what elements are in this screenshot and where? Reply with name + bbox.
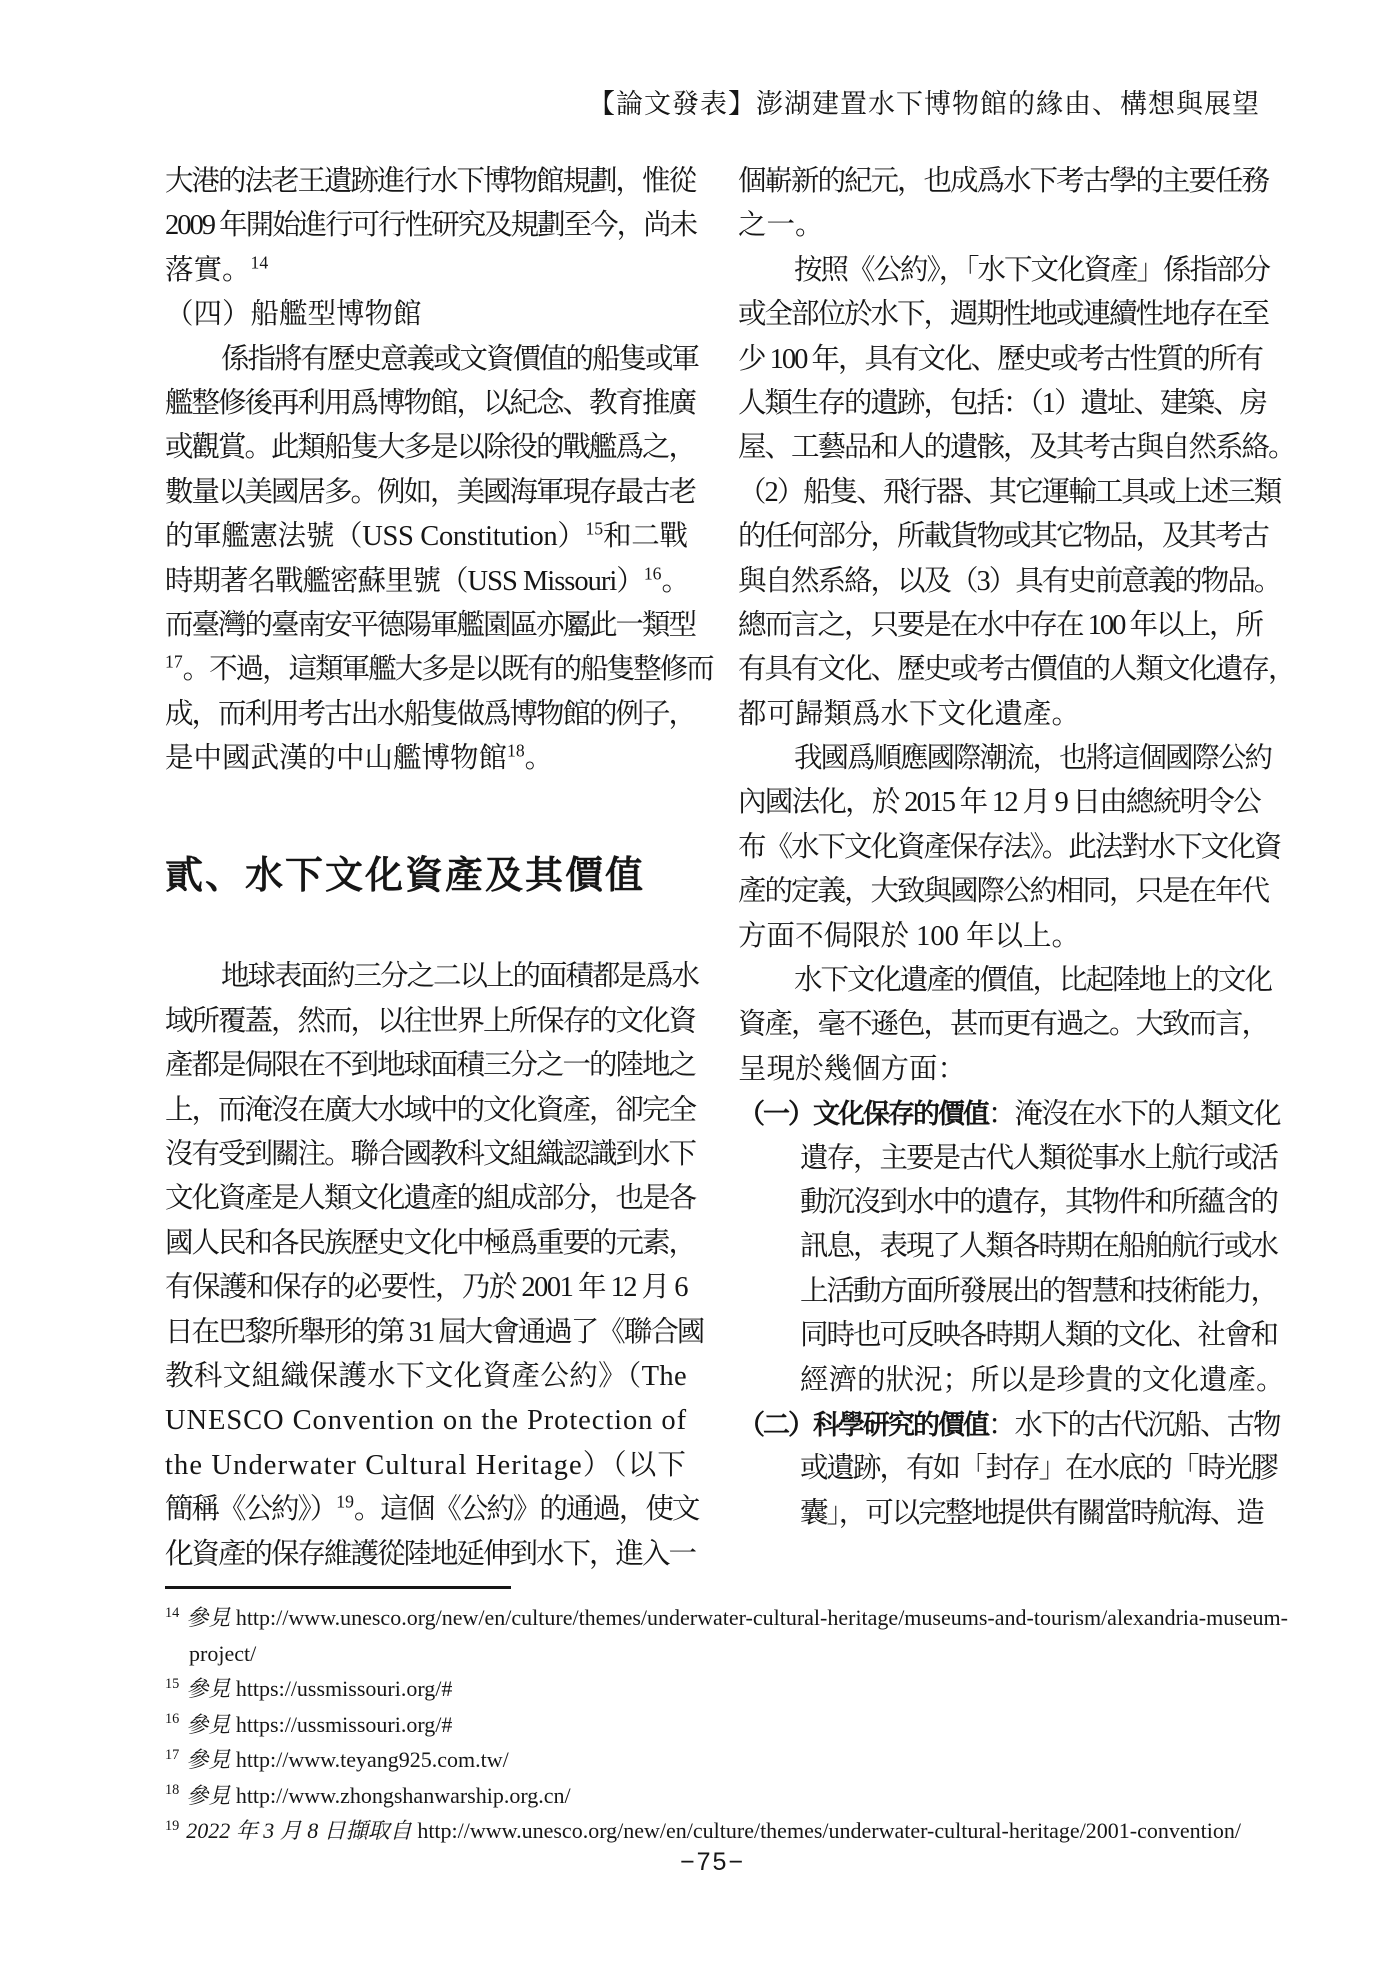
text-line: 遺存，主要是古代人類從事水上航行或活 xyxy=(738,1137,1260,1181)
item-label: （二）科學研究的價值 xyxy=(738,1410,988,1440)
text-run: 上活動方面所發展出的智慧和技術能力， xyxy=(800,1276,1277,1307)
text-line: 化資產的保存維護從陸地延伸到水下，進入一 xyxy=(165,1533,687,1577)
text-line: 方面不侷限於 100 年以上。 xyxy=(738,915,1260,959)
footnote-url: https://ussmissouri.org/# xyxy=(236,1676,453,1701)
footnote-ref: 17 xyxy=(165,652,183,672)
text-line: the Underwater Cultural Heritage）（以下 xyxy=(165,1444,687,1488)
text-run: ：淹沒在水下的人類文化 xyxy=(988,1099,1280,1130)
text-run: 的軍艦憲法號（USS Constitution） xyxy=(165,521,585,552)
text-line: 我國爲順應國際潮流，也將這個國際公約 xyxy=(738,737,1260,781)
footnote-ref: 19 xyxy=(336,1492,354,1512)
footnote-line: 17參見 http://www.teyang925.com.tw/ xyxy=(165,1742,1265,1778)
text-run: 同時也可反映各時期人類的文化、社會和 xyxy=(800,1320,1277,1351)
footnote-number: 15 xyxy=(165,1676,179,1692)
footnote-url: http://www.unesco.org/new/en/culture/the… xyxy=(236,1605,1288,1630)
text-line: （四）船艦型博物館 xyxy=(165,293,687,337)
text-line: 人類生存的遺跡，包括：（1）遺址、建築、房 xyxy=(738,382,1260,426)
footnote-label: 參見 xyxy=(186,1676,236,1701)
footnote-label: 參見 xyxy=(186,1712,236,1737)
text-run: 係指將有歷史意義或文資價值的船隻或軍 xyxy=(221,344,698,375)
footnote-label: 參見 xyxy=(186,1747,236,1772)
footnote-line: 18參見 http://www.zhongshanwarship.org.cn/ xyxy=(165,1778,1265,1814)
text-line: UNESCO Convention on the Protection of xyxy=(165,1399,687,1443)
text-line: 是中國武漢的中山艦博物館18。 xyxy=(165,737,687,781)
footnotes: 14參見 http://www.unesco.org/new/en/cultur… xyxy=(165,1600,1265,1849)
text-run: 訊息，表現了人類各時期在船舶航行或水 xyxy=(800,1231,1277,1262)
text-run: 教科文組織保護水下文化資產公約》（The xyxy=(165,1361,687,1392)
footnote-label: 2022 年 3 月 8 日擷取自 xyxy=(186,1818,417,1843)
text-line: 艦整修後再利用爲博物館，以紀念、教育推廣 xyxy=(165,382,687,426)
text-line: 呈現於幾個方面： xyxy=(738,1048,1260,1092)
text-run: 按照《公約》，「水下文化資產」係指部分 xyxy=(794,255,1269,286)
text-line: 按照《公約》，「水下文化資產」係指部分 xyxy=(738,249,1260,293)
text-line: 2009 年開始進行可行性研究及規劃至今，尚未 xyxy=(165,204,687,248)
text-run: 域所覆蓋，然而，以往世界上所保存的文化資 xyxy=(165,1006,695,1037)
text-run: （四）船艦型博物館 xyxy=(165,299,422,330)
text-line: 訊息，表現了人類各時期在船舶航行或水 xyxy=(738,1225,1260,1269)
left-column: 大港的法老王遺跡進行水下博物館規劃，惟從2009 年開始進行可行性研究及規劃至今… xyxy=(165,160,687,1577)
text-line: 有保護和保存的必要性，乃於 2001 年 12 月 6 xyxy=(165,1266,687,1310)
text-run: 資產，毫不遜色，甚而更有過之。大致而言， xyxy=(738,1009,1268,1040)
text-line: 數量以美國居多。例如，美國海軍現存最古老 xyxy=(165,471,687,515)
footnote-number: 19 xyxy=(165,1818,179,1834)
text-run: 。 xyxy=(525,743,554,774)
text-line: （2）船隻、飛行器、其它運輸工具或上述三類 xyxy=(738,471,1260,515)
footnote-label: 參見 xyxy=(186,1783,236,1808)
text-run: 大港的法老王遺跡進行水下博物館規劃，惟從 xyxy=(165,166,695,197)
text-line: 產的定義，大致與國際公約相同，只是在年代 xyxy=(738,870,1260,914)
text-run: 上，而淹沒在廣大水域中的文化資產，卻完全 xyxy=(165,1095,695,1126)
footnote-url: http://www.teyang925.com.tw/ xyxy=(236,1747,509,1772)
text-line: 總而言之，只要是在水中存在 100 年以上，所 xyxy=(738,604,1260,648)
text-run: 屋、工藝品和人的遺骸，及其考古與自然系絡。 xyxy=(738,432,1295,463)
footnote-line: 14參見 http://www.unesco.org/new/en/cultur… xyxy=(165,1600,1265,1636)
text-run: 少 100 年，具有文化、歷史或考古性質的所有 xyxy=(738,344,1262,375)
text-line: 時期著名戰艦密蘇里號（USS Missouri）16。 xyxy=(165,560,687,604)
text-run: 2009 年開始進行可行性研究及規劃至今，尚未 xyxy=(165,210,696,241)
text-run: 內國法化，於 2015 年 12 月 9 日由總統明令公 xyxy=(738,787,1260,818)
text-run: 化資產的保存維護從陸地延伸到水下，進入一 xyxy=(165,1539,695,1570)
text-line: 日在巴黎所舉形的第 31 屆大會通過了《聯合國 xyxy=(165,1311,687,1355)
text-line: 文化資產是人類文化遺產的組成部分，也是各 xyxy=(165,1177,687,1221)
text-line: 資產，毫不遜色，甚而更有過之。大致而言， xyxy=(738,1003,1260,1047)
text-line: 或全部位於水下，週期性地或連續性地存在至 xyxy=(738,293,1260,337)
text-run: 國人民和各民族歷史文化中極爲重要的元素， xyxy=(165,1228,695,1259)
text-line: 內國法化，於 2015 年 12 月 9 日由總統明令公 xyxy=(738,781,1260,825)
footnote-line: 192022 年 3 月 8 日擷取自 http://www.unesco.or… xyxy=(165,1813,1265,1849)
text-line: 而臺灣的臺南安平德陽軍艦園區亦屬此一類型 xyxy=(165,604,687,648)
text-line: 個嶄新的紀元，也成爲水下考古學的主要任務 xyxy=(738,160,1260,204)
text-run: 數量以美國居多。例如，美國海軍現存最古老 xyxy=(165,477,695,508)
text-line: 之一。 xyxy=(738,204,1260,248)
footnote-label: 參見 xyxy=(186,1605,236,1630)
text-run: 或觀賞。此類船隻大多是以除役的戰艦爲之， xyxy=(165,432,695,463)
text-line: 有具有文化、歷史或考古價值的人類文化遺存， xyxy=(738,648,1260,692)
footnote-number: 18 xyxy=(165,1782,179,1798)
text-run: 文化資產是人類文化遺產的組成部分，也是各 xyxy=(165,1183,695,1214)
item-label: （一）文化保存的價值 xyxy=(738,1099,988,1129)
text-line: 少 100 年，具有文化、歷史或考古性質的所有 xyxy=(738,338,1260,382)
text-line: 或遺跡，有如「封存」在水底的「時光膠 xyxy=(738,1447,1260,1491)
footnote-url: http://www.zhongshanwarship.org.cn/ xyxy=(236,1783,571,1808)
text-line: 沒有受到關注。聯合國教科文組織認識到水下 xyxy=(165,1133,687,1177)
text-line: 域所覆蓋，然而，以往世界上所保存的文化資 xyxy=(165,1000,687,1044)
text-run: 地球表面約三分之二以上的面積都是爲水 xyxy=(221,961,698,992)
text-run: 動沉沒到水中的遺存，其物件和所蘊含的 xyxy=(800,1187,1277,1218)
text-line: 布《水下文化資產保存法》。此法對水下文化資 xyxy=(738,826,1260,870)
text-line: 水下文化遺產的價值，比起陸地上的文化 xyxy=(738,959,1260,1003)
page-header-title: 【論文發表】澎湖建置水下博物館的緣由、構想與展望 xyxy=(588,89,1260,119)
text-line: 的軍艦憲法號（USS Constitution）15和二戰 xyxy=(165,515,687,559)
text-run: 落實。 xyxy=(165,255,251,286)
footnote-number: 16 xyxy=(165,1711,179,1727)
footnote-url: https://ussmissouri.org/# xyxy=(236,1712,453,1737)
text-line: 動沉沒到水中的遺存，其物件和所蘊含的 xyxy=(738,1181,1260,1225)
text-run: 布《水下文化資產保存法》。此法對水下文化資 xyxy=(738,832,1280,863)
text-run: 成，而利用考古出水船隻做爲博物館的例子， xyxy=(165,699,695,730)
text-line: 的任何部分，所載貨物或其它物品，及其考古 xyxy=(738,515,1260,559)
text-line: 簡稱《公約》）19。這個《公約》的通過，使文 xyxy=(165,1488,687,1532)
text-line: 落實。14 xyxy=(165,249,687,293)
text-line: 上活動方面所發展出的智慧和技術能力， xyxy=(738,1270,1260,1314)
text-run: 遺存，主要是古代人類從事水上航行或活 xyxy=(800,1143,1277,1174)
document-page: 【論文發表】澎湖建置水下博物館的緣由、構想與展望 大港的法老王遺跡進行水下博物館… xyxy=(0,0,1400,1980)
text-run: 時期著名戰艦密蘇里號（USS Missouri） xyxy=(165,566,644,597)
text-run: 囊」，可以完整地提供有關當時航海、造 xyxy=(800,1498,1263,1529)
footnote-line: project/ xyxy=(165,1636,1265,1672)
text-run: 人類生存的遺跡，包括：（1）遺址、建築、房 xyxy=(738,388,1266,419)
text-line: 大港的法老王遺跡進行水下博物館規劃，惟從 xyxy=(165,160,687,204)
text-line: （一）文化保存的價值：淹沒在水下的人類文化 xyxy=(738,1092,1260,1136)
text-run: 產都是侷限在不到地球面積三分之一的陸地之 xyxy=(165,1050,695,1081)
footnote-number: 14 xyxy=(165,1605,179,1621)
text-run: （2）船隻、飛行器、其它運輸工具或上述三類 xyxy=(738,477,1280,508)
footnote-number: 17 xyxy=(165,1747,179,1763)
text-run: 有具有文化、歷史或考古價值的人類文化遺存， xyxy=(738,654,1295,685)
text-run: 。這個《公約》的通過，使文 xyxy=(354,1494,699,1525)
text-run: 而臺灣的臺南安平德陽軍艦園區亦屬此一類型 xyxy=(165,610,695,641)
text-line: 同時也可反映各時期人類的文化、社會和 xyxy=(738,1314,1260,1358)
page-header: 【論文發表】澎湖建置水下博物館的緣由、構想與展望 xyxy=(165,82,1260,121)
text-run: 沒有受到關注。聯合國教科文組織認識到水下 xyxy=(165,1139,695,1170)
text-run: 我國爲順應國際潮流，也將這個國際公約 xyxy=(794,743,1271,774)
text-run: 都可歸類爲水下文化遺產。 xyxy=(738,699,1080,730)
text-line: 國人民和各民族歷史文化中極爲重要的元素， xyxy=(165,1222,687,1266)
text-run: ：水下的古代沉船、古物 xyxy=(988,1410,1280,1441)
text-run: 日在巴黎所舉形的第 31 屆大會通過了《聯合國 xyxy=(165,1317,703,1348)
text-line: 或觀賞。此類船隻大多是以除役的戰艦爲之， xyxy=(165,426,687,470)
text-run: 或全部位於水下，週期性地或連續性地存在至 xyxy=(738,299,1268,330)
text-line: 囊」，可以完整地提供有關當時航海、造 xyxy=(738,1492,1260,1536)
text-line: 教科文組織保護水下文化資產公約》（The xyxy=(165,1355,687,1399)
text-run: 是中國武漢的中山艦博物館 xyxy=(165,743,507,774)
text-run: 總而言之，只要是在水中存在 100 年以上，所 xyxy=(738,610,1262,641)
text-line: 屋、工藝品和人的遺骸，及其考古與自然系絡。 xyxy=(738,426,1260,470)
text-run: 或遺跡，有如「封存」在水底的「時光膠 xyxy=(800,1453,1277,1484)
footnote-url: project/ xyxy=(189,1641,256,1666)
footnote-ref: 14 xyxy=(251,252,269,272)
text-run: 之一。 xyxy=(738,210,824,241)
text-line: 17。不過，這類軍艦大多是以既有的船隻整修而 xyxy=(165,648,687,692)
text-run: 簡稱《公約》） xyxy=(165,1494,336,1525)
text-line: 成，而利用考古出水船隻做爲博物館的例子， xyxy=(165,693,687,737)
footnote-ref: 16 xyxy=(644,563,662,583)
text-run: 。 xyxy=(661,566,689,597)
text-line: 係指將有歷史意義或文資價值的船隻或軍 xyxy=(165,338,687,382)
right-column: 個嶄新的紀元，也成爲水下考古學的主要任務之一。按照《公約》，「水下文化資產」係指… xyxy=(738,160,1260,1536)
text-line: 與自然系絡，以及（3）具有史前意義的物品。 xyxy=(738,560,1260,604)
text-run: 經濟的狀況；所以是珍貴的文化遺產。 xyxy=(800,1365,1285,1396)
footnote-ref: 18 xyxy=(507,741,525,761)
footnote-line: 15參見 https://ussmissouri.org/# xyxy=(165,1671,1265,1707)
text-line: 經濟的狀況；所以是珍貴的文化遺產。 xyxy=(738,1359,1260,1403)
text-run: 產的定義，大致與國際公約相同，只是在年代 xyxy=(738,876,1268,907)
footnote-line: 16參見 https://ussmissouri.org/# xyxy=(165,1707,1265,1743)
text-run: 與自然系絡，以及（3）具有史前意義的物品。 xyxy=(738,566,1280,597)
text-line: 上，而淹沒在廣大水域中的文化資產，卻完全 xyxy=(165,1089,687,1133)
text-line: 產都是侷限在不到地球面積三分之一的陸地之 xyxy=(165,1044,687,1088)
text-run: 呈現於幾個方面： xyxy=(738,1054,966,1085)
text-run: 水下文化遺產的價值，比起陸地上的文化 xyxy=(794,965,1271,996)
text-run: 方面不侷限於 100 年以上。 xyxy=(738,921,1080,952)
footnote-separator xyxy=(165,1586,511,1589)
text-line: （二）科學研究的價值：水下的古代沉船、古物 xyxy=(738,1403,1260,1447)
text-run: 個嶄新的紀元，也成爲水下考古學的主要任務 xyxy=(738,166,1268,197)
text-run: the Underwater Cultural Heritage）（以下 xyxy=(165,1450,687,1481)
text-run: 有保護和保存的必要性，乃於 2001 年 12 月 6 xyxy=(165,1272,687,1303)
footnote-url: http://www.unesco.org/new/en/culture/the… xyxy=(417,1818,1241,1843)
text-line: 都可歸類爲水下文化遺產。 xyxy=(738,693,1260,737)
footnote-ref: 15 xyxy=(585,519,603,539)
text-run: 和二戰 xyxy=(603,521,688,552)
text-run: 。不過，這類軍艦大多是以既有的船隻整修而 xyxy=(183,654,713,685)
section-heading: 貳、水下文化資產及其價值 xyxy=(165,853,687,899)
text-line: 地球表面約三分之二以上的面積都是爲水 xyxy=(165,955,687,999)
text-run: UNESCO Convention on the Protection of xyxy=(165,1405,687,1436)
text-run: 的任何部分，所載貨物或其它物品，及其考古 xyxy=(738,521,1268,552)
text-run: 艦整修後再利用爲博物館，以紀念、教育推廣 xyxy=(165,388,695,419)
page-number: −75− xyxy=(165,1848,1260,1877)
